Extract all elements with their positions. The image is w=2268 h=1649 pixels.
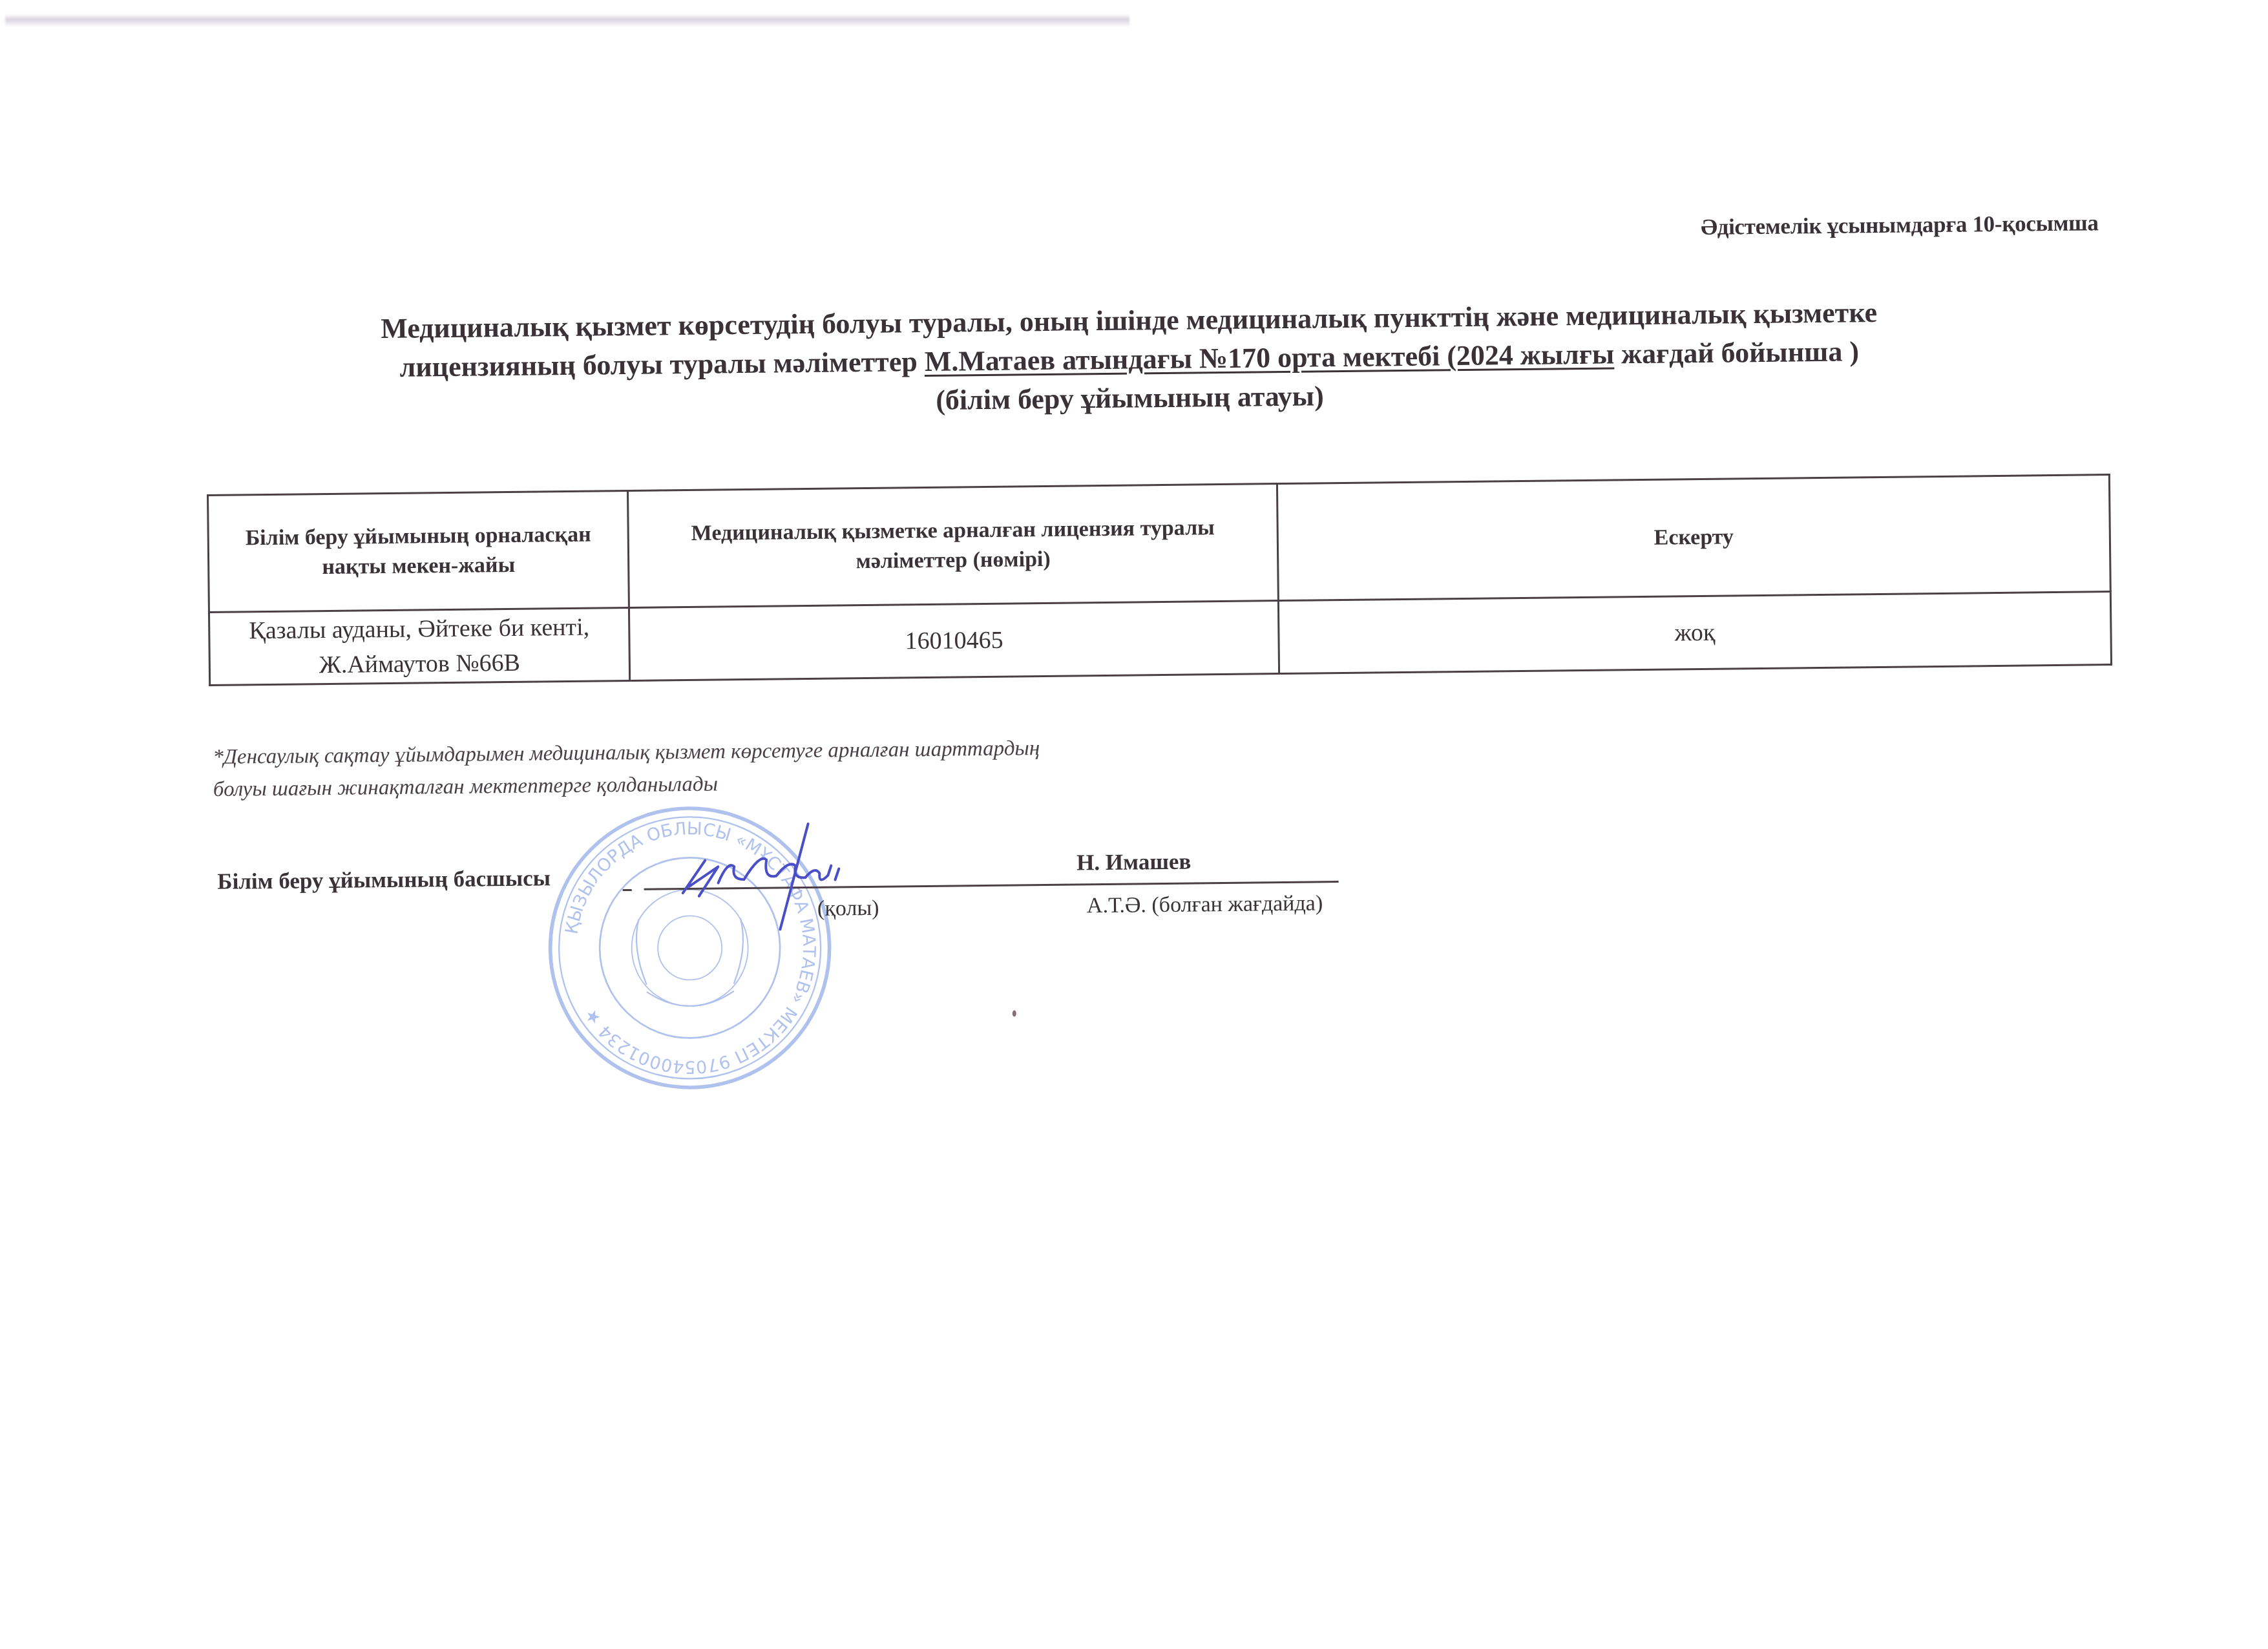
name-hint: А.Т.Ә. (болған жағдайда) [1087,891,1323,918]
footnote-line-2: болуы шағын жинақталған мектептерге қолд… [213,771,718,802]
table-header-row: Білім беру ұйымының орналасқан нақты мек… [208,475,2111,613]
title-line-2-prefix: лицензияның болуы туралы мәліметтер [399,346,925,383]
signature-underscore [623,889,632,891]
cell-address: Қазалы ауданы, Әйтеке би кенті, Ж.Аймаут… [209,607,629,685]
document-page: Әдістемелік ұсынымдарға 10-қосымша Медиц… [0,0,2268,1649]
signatory-role-label: Білім беру ұйымының басшысы [217,865,551,895]
license-table: Білім беру ұйымының орналасқан нақты мек… [207,474,2112,686]
header-license: Медициналық қызметке арналған лицензия т… [627,484,1278,608]
school-name: М.Матаев атындағы №170 орта мектебі (202… [924,338,1614,377]
header-note: Ескерту [1277,475,2110,601]
title-line-2-suffix: жағдай бойынша ) [1614,335,1859,370]
cell-note: жоқ [1278,592,2111,674]
cell-license-number: 16010465 [629,601,1279,681]
appendix-label: Әдістемелік ұсынымдарға 10-қосымша [1701,210,2099,240]
signatory-name: Н. Имашев [1076,849,1191,876]
handwritten-signature-icon [669,814,883,932]
header-address: Білім беру ұйымының орналасқан нақты мек… [208,490,629,612]
scan-speck [1013,1010,1016,1016]
footnote-line-1: *Денсаулық сақтау ұйымдарымен медициналы… [213,735,1040,770]
